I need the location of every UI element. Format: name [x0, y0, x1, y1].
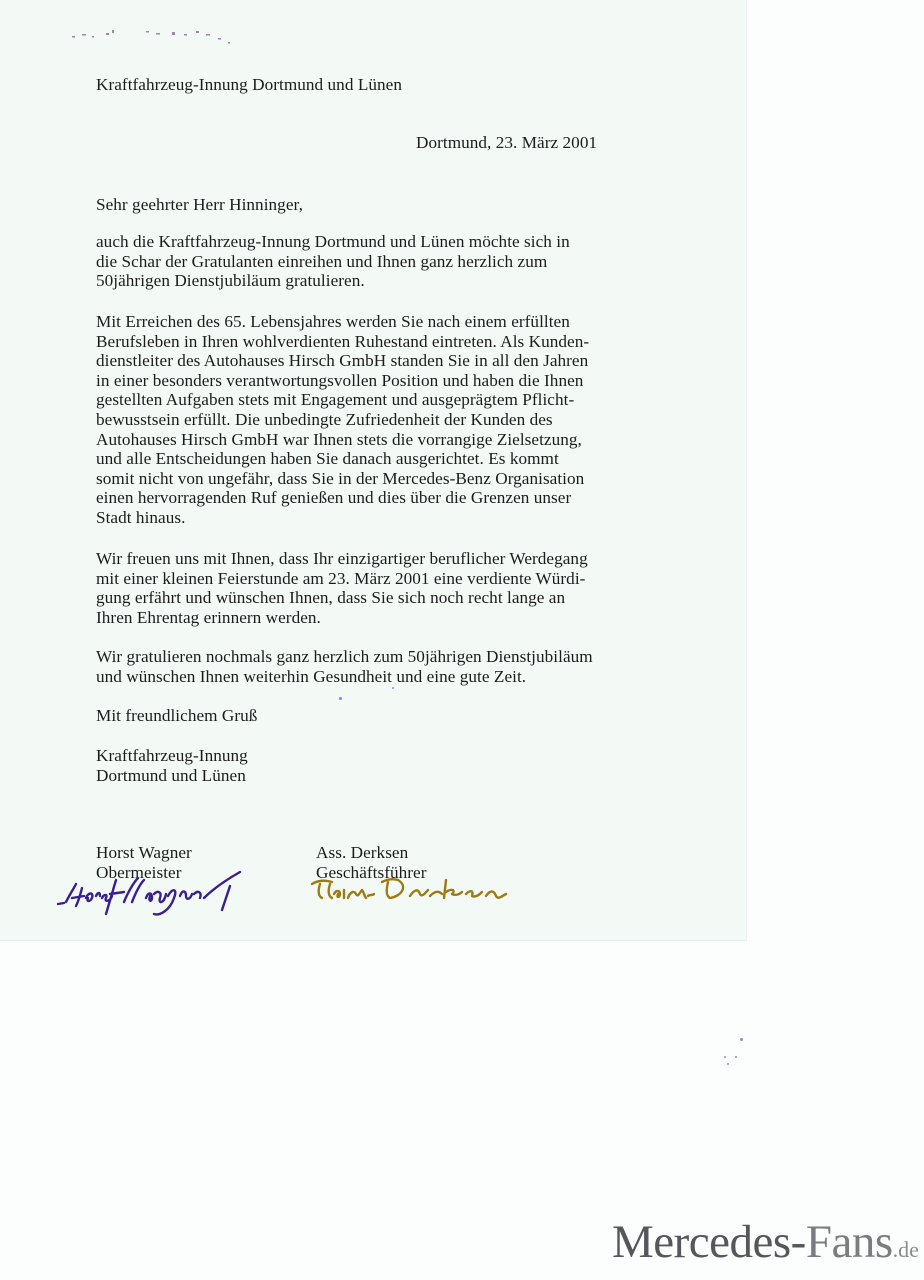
ink-speck [339, 697, 342, 700]
closing: Mit freundlichem Gruß [96, 706, 257, 726]
ink-speck [740, 1038, 743, 1041]
salutation: Sehr geehrter Herr Hinninger, [96, 195, 303, 215]
organization-header: Kraftfahrzeug-Innung Dortmund und Lünen [96, 75, 402, 95]
body-paragraph-4: Wir gratulieren nochmals ganz herzlich z… [96, 647, 593, 686]
mercedes-fans-watermark: Mercedes-Fans.de [612, 1214, 919, 1278]
ink-speck [392, 687, 394, 689]
watermark-accent: Fans [806, 1216, 893, 1268]
signature-organization: Kraftfahrzeug-Innung Dortmund und Lünen [96, 746, 248, 785]
ink-speck [724, 1056, 726, 1058]
watermark-main: Mercedes- [612, 1216, 806, 1268]
signature-wagner [54, 858, 254, 918]
ink-speck [727, 1063, 729, 1065]
body-paragraph-3: Wir freuen uns mit Ihnen, dass Ihr einzi… [96, 549, 588, 627]
signature-derksen [306, 872, 516, 906]
ink-speck [735, 1056, 737, 1058]
signer-name: Ass. Derksen [316, 843, 408, 862]
faint-pen-marks [68, 18, 258, 52]
place-date: Dortmund, 23. März 2001 [416, 133, 597, 153]
watermark-tld: .de [893, 1237, 919, 1262]
letter-paper: Kraftfahrzeug-Innung Dortmund und Lünen … [0, 0, 747, 941]
body-paragraph-1: auch die Kraftfahrzeug-Innung Dortmund u… [96, 232, 570, 291]
body-paragraph-2: Mit Erreichen des 65. Lebensjahres werde… [96, 312, 589, 528]
